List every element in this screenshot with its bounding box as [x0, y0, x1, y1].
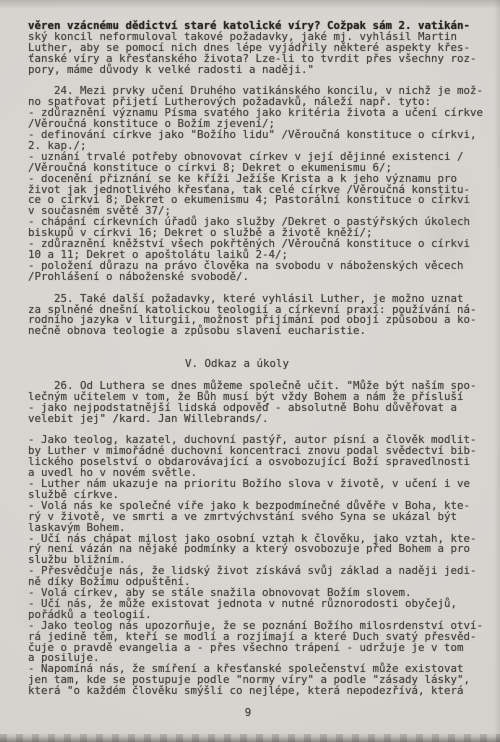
- paragraph-25: 25. Také další požadavky, které vyhlásil…: [28, 294, 494, 338]
- section-heading-odkaz-a-ukoly: V. Odkaz a úkoly: [28, 359, 494, 370]
- opening-paragraph: ský koncil neformuloval takové požadavky…: [28, 32, 494, 76]
- page-number: 9: [28, 708, 494, 719]
- scan-edge-right: [494, 0, 500, 742]
- scanned-document-page: věren vzácnému dědictví staré katolické …: [0, 0, 500, 742]
- paragraph-24-intro: 24. Mezi prvky učení Druhého vatikánskéh…: [28, 86, 494, 108]
- paper-smudge: [10, 560, 100, 650]
- paragraph-26: 26. Od Luthera se dnes můžeme společně u…: [28, 381, 494, 425]
- scan-edge-bottom: [0, 734, 500, 742]
- paper-smudge: [412, 160, 482, 280]
- scan-edge-top: [0, 0, 500, 9]
